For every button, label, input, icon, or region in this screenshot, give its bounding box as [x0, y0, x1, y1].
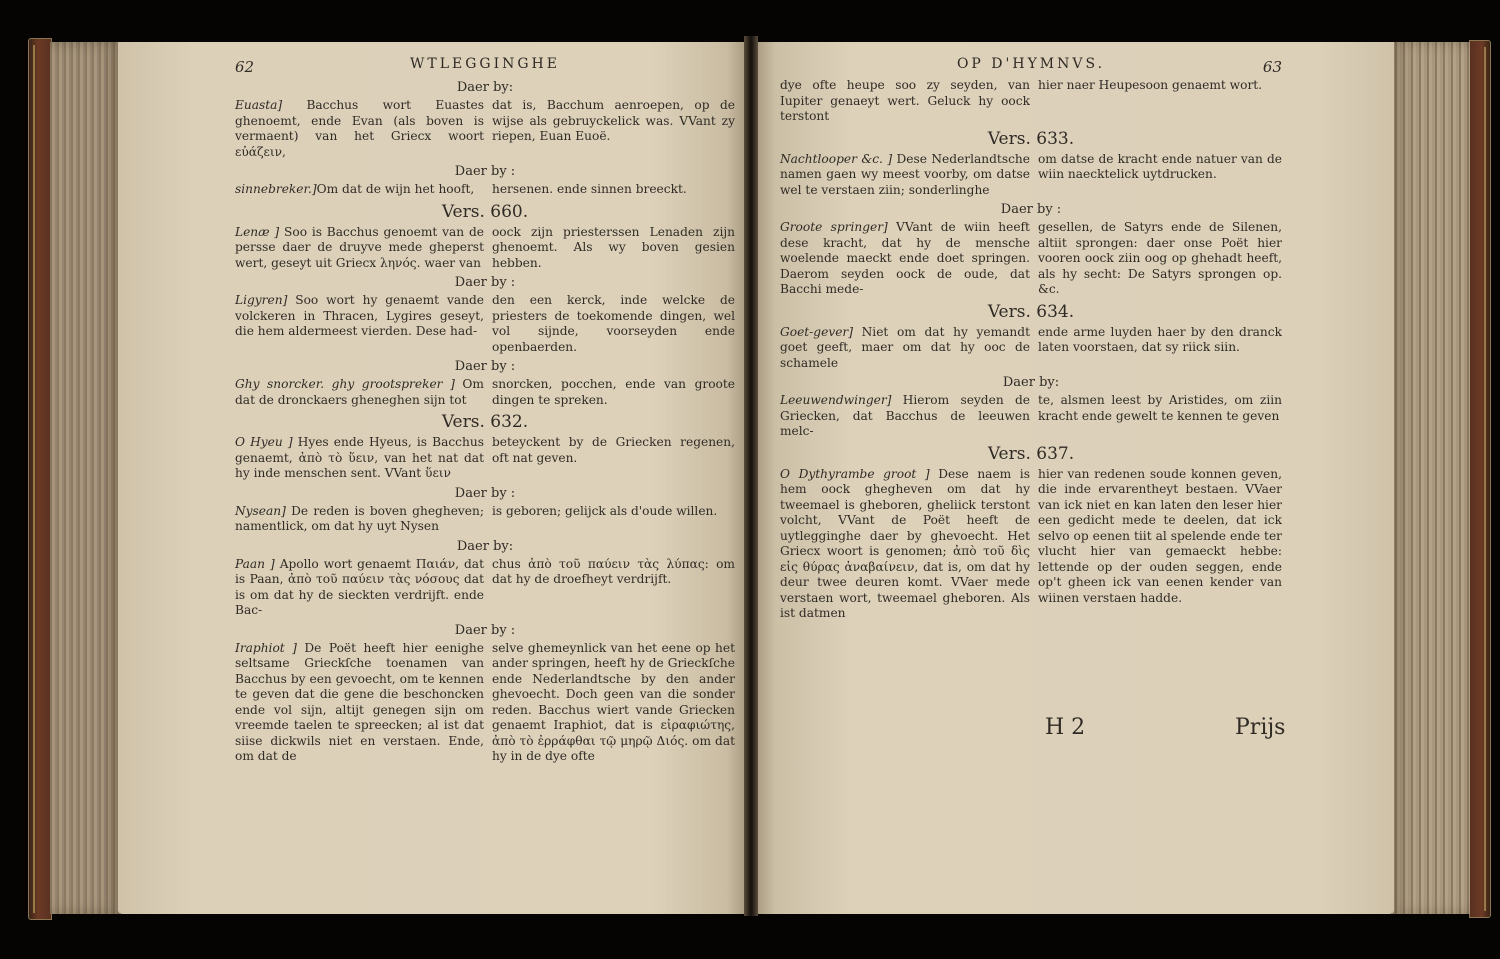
entry-lemma: Lenæ ]	[235, 225, 279, 239]
left-page-text: 62 WTLEGGINGHE Daer by:Euasta] Bacchus w…	[235, 56, 735, 769]
entry-lemma: Ligyren]	[235, 293, 287, 307]
signature-mark: H 2	[1045, 715, 1085, 740]
entry-column-2: snorcken, pocchen, ende van groote dinge…	[492, 377, 735, 408]
entry-lemma: Nysean]	[235, 504, 286, 518]
verse-heading: Vers. 634.	[780, 302, 1282, 322]
entry-lemma: O Dythyrambe groot ]	[780, 467, 930, 481]
entry-column-2: hier van redenen soude konnen geven, die…	[1038, 467, 1282, 622]
commentary-entry: O Dythyrambe groot ] Dese naem is hem oo…	[780, 467, 1282, 622]
page-edges-right	[1392, 42, 1470, 914]
commentary-entry: sinnebreker.]Om dat de wijn het hooft,he…	[235, 182, 735, 198]
running-head-right: OP D'HYMNVS. 63	[780, 56, 1282, 78]
verse-heading: Vers. 633.	[780, 129, 1282, 149]
commentary-entry: Groote springer] VVant de wiin heeft des…	[780, 220, 1282, 298]
entry-column-2: te, alsmen leest by Aristides, om ziin k…	[1038, 393, 1282, 440]
commentary-entry: Nysean] De reden is boven ghegheven; nam…	[235, 504, 735, 535]
section-heading: Daer by:	[780, 375, 1282, 390]
commentary-entry: Ligyren] Soo wort hy genaemt vande volck…	[235, 293, 735, 355]
section-heading: Daer by :	[235, 275, 735, 290]
entry-column-2: gesellen, de Satyrs ende de Silenen, alt…	[1038, 220, 1282, 298]
entry-lemma: Iraphiot ]	[235, 641, 297, 655]
section-heading: Daer by :	[235, 623, 735, 638]
entry-column-1: Iraphiot ] De Poët heeft hier eenighe se…	[235, 641, 484, 765]
entry-column-1: sinnebreker.]Om dat de wijn het hooft,	[235, 182, 484, 198]
entry-lemma: Paan ]	[235, 557, 275, 571]
book-cover-right	[1469, 40, 1491, 918]
entry-column-1: Nachtlooper &c. ] Dese Nederlandtsche na…	[780, 152, 1030, 199]
running-title: WTLEGGINGHE	[235, 56, 735, 72]
entry-lemma: Nachtlooper &c. ]	[780, 152, 892, 166]
entry-column-1: O Hyeu ] Hyes ende Hyeus, is Bacchus gen…	[235, 435, 484, 482]
entry-column-2: hersenen. ende sinnen breeckt.	[492, 182, 735, 198]
entry-lemma: Goet-gever]	[780, 325, 853, 339]
entry-column-2: selve ghemeynlick van het eene op het an…	[492, 641, 735, 765]
entry-column-2: beteyckent by de Griecken regenen, oft n…	[492, 435, 735, 482]
entry-lemma: sinnebreker.]	[235, 182, 317, 196]
entry-column-1: O Dythyrambe groot ] Dese naem is hem oo…	[780, 467, 1030, 622]
entry-column-1: Groote springer] VVant de wiin heeft des…	[780, 220, 1030, 298]
commentary-entry: dye ofte heupe soo zy seyden, van Iupite…	[780, 78, 1282, 125]
page-edges-left	[50, 42, 120, 914]
entry-column-1: Lenæ ] Soo is Bacchus genoemt van de per…	[235, 225, 484, 272]
left-page-body: Daer by:Euasta] Bacchus wort Euastes ghe…	[235, 80, 735, 765]
book-gutter	[744, 36, 758, 916]
commentary-entry: Nachtlooper &c. ] Dese Nederlandtsche na…	[780, 152, 1282, 199]
commentary-entry: Ghy snorcker. ghy grootspreker ] Om dat …	[235, 377, 735, 408]
book-cover-left	[28, 38, 52, 920]
entry-column-1: Ligyren] Soo wort hy genaemt vande volck…	[235, 293, 484, 355]
entry-column-1: Nysean] De reden is boven ghegheven; nam…	[235, 504, 484, 535]
right-page-text: OP D'HYMNVS. 63 dye ofte heupe soo zy se…	[780, 56, 1282, 626]
entry-lemma: Ghy snorcker. ghy grootspreker ]	[235, 377, 455, 391]
commentary-entry: Lenæ ] Soo is Bacchus genoemt van de per…	[235, 225, 735, 272]
page-number: 63	[1263, 58, 1282, 76]
entry-column-2: ende arme luyden haer by den dranck late…	[1038, 325, 1282, 372]
verse-heading: Vers. 637.	[780, 444, 1282, 464]
entry-column-1: Euasta] Bacchus wort Euastes ghenoemt, e…	[235, 98, 484, 160]
section-heading: Daer by :	[780, 202, 1282, 217]
entry-column-2: om datse de kracht ende natuer van de wi…	[1038, 152, 1282, 199]
section-heading: Daer by:	[235, 80, 735, 95]
entry-column-2: is geboren; gelijck als d'oude willen.	[492, 504, 735, 535]
section-heading: Daer by:	[235, 539, 735, 554]
section-heading: Daer by :	[235, 486, 735, 501]
entry-text: De Poët heeft hier eenighe seltsame Grie…	[235, 641, 484, 764]
entry-column-1: dye ofte heupe soo zy seyden, van Iupite…	[780, 78, 1030, 125]
commentary-entry: Paan ] Apollo wort genaemt Παιάν, dat is…	[235, 557, 735, 619]
section-heading: Daer by :	[235, 359, 735, 374]
entry-column-1: Ghy snorcker. ghy grootspreker ] Om dat …	[235, 377, 484, 408]
entry-lemma: O Hyeu ]	[235, 435, 293, 449]
commentary-entry: Goet-gever] Niet om dat hy yemandt goet …	[780, 325, 1282, 372]
entry-text: Dese naem is hem oock ghegheven om dat h…	[780, 467, 1030, 621]
entry-column-2: dat is, Bacchum aenroepen, op de wijse a…	[492, 98, 735, 160]
section-heading: Daer by :	[235, 164, 735, 179]
verse-heading: Vers. 632.	[235, 412, 735, 432]
entry-column-2: hier naer Heupesoon genaemt wort.	[1038, 78, 1282, 125]
entry-column-1: Goet-gever] Niet om dat hy yemandt goet …	[780, 325, 1030, 372]
entry-column-2: den een kerck, inde welcke de priesters …	[492, 293, 735, 355]
entry-text: Om dat de wijn het hooft,	[317, 182, 475, 196]
commentary-entry: Leeuwendwinger] Hierom seyden de Griecke…	[780, 393, 1282, 440]
entry-column-2: oock zijn priesterssen Lenaden zijn ghe­…	[492, 225, 735, 272]
commentary-entry: Iraphiot ] De Poët heeft hier eenighe se…	[235, 641, 735, 765]
entry-lemma: Groote springer]	[780, 220, 888, 234]
entry-lemma: Leeuwendwinger]	[780, 393, 891, 407]
commentary-entry: O Hyeu ] Hyes ende Hyeus, is Bacchus gen…	[235, 435, 735, 482]
right-page-body: dye ofte heupe soo zy seyden, van Iupite…	[780, 78, 1282, 622]
running-head-left: 62 WTLEGGINGHE	[235, 56, 735, 78]
entry-text: dye ofte heupe soo zy seyden, van Iupite…	[780, 78, 1030, 123]
entry-lemma: Euasta]	[235, 98, 282, 112]
commentary-entry: Euasta] Bacchus wort Euastes ghenoemt, e…	[235, 98, 735, 160]
running-title: OP D'HYMNVS.	[780, 56, 1282, 72]
entry-column-1: Leeuwendwinger] Hierom seyden de Griecke…	[780, 393, 1030, 440]
entry-column-2: chus ἀπὸ τοῦ παύειν τὰς λύπας: om dat hy…	[492, 557, 735, 619]
verse-heading: Vers. 660.	[235, 202, 735, 222]
entry-column-1: Paan ] Apollo wort genaemt Παιάν, dat is…	[235, 557, 484, 619]
catchword: Prijs	[1235, 715, 1285, 740]
